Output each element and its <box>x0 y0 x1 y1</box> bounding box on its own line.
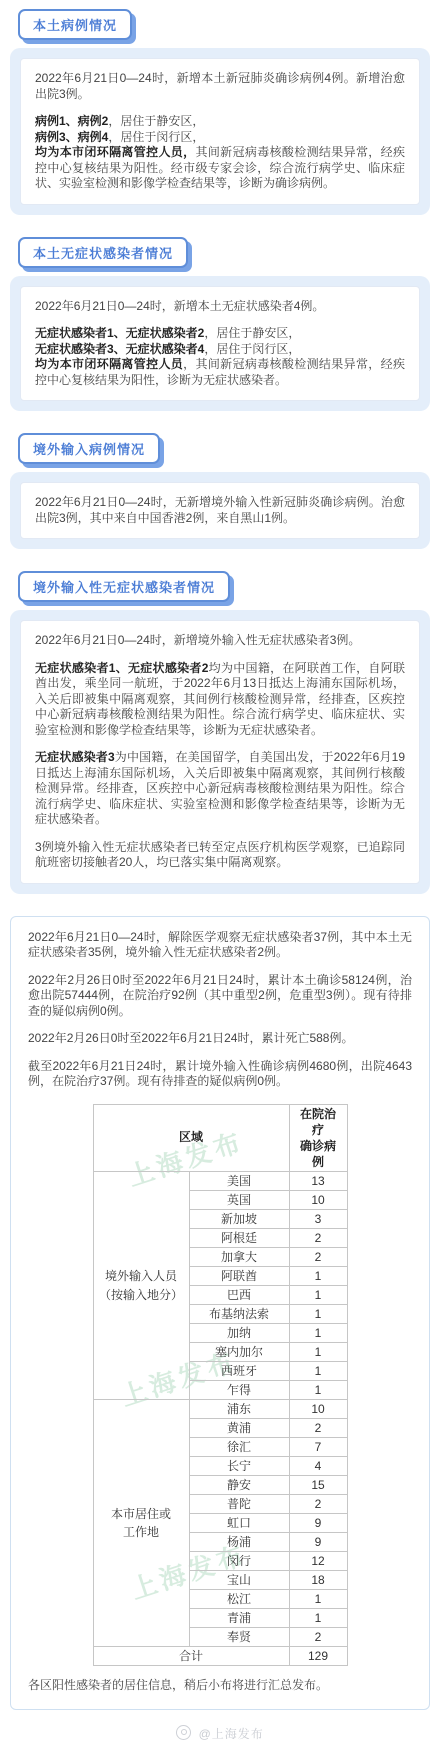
table-header-row: 区域 在院治疗 确诊病例 <box>93 1104 347 1172</box>
total-label: 合计 <box>93 1647 289 1666</box>
section-header-1: 本土病例情况 <box>18 9 132 40</box>
body-text: 2022年6月21日0—24时，无新增境外输入性新冠肺炎确诊病例。治愈出院3例，… <box>35 495 405 525</box>
count-cell: 2 <box>289 1628 347 1647</box>
paragraph: 无症状感染者1、无症状感染者2均为中国籍，在阿联酋工作，自阿联酋出发，乘坐同一航… <box>35 661 405 739</box>
total-count: 129 <box>289 1647 347 1666</box>
location-cell: 巴西 <box>189 1286 289 1305</box>
count-cell: 10 <box>289 1400 347 1419</box>
table-row: 本市居住或 工作地浦东10 <box>93 1400 347 1419</box>
region-table-head: 区域 在院治疗 确诊病例 <box>93 1104 347 1172</box>
location-cell: 英国 <box>189 1191 289 1210</box>
location-cell: 阿联酋 <box>189 1267 289 1286</box>
location-cell: 黄浦 <box>189 1419 289 1438</box>
body-text: 2022年6月21日0—24时，新增本土无症状感染者4例。 <box>35 299 324 313</box>
count-cell: 1 <box>289 1343 347 1362</box>
summary-card: 上海发布 上海发布 上海发布 2022年6月21日0—24时，解除医学观察无症状… <box>10 916 430 1710</box>
paragraph: 病例1、病例2，居住于静安区， <box>35 114 405 130</box>
paragraph: 2022年6月21日0—24时，解除医学观察无症状感染者37例，其中本土无症状感… <box>28 930 412 961</box>
paragraph: 均为本市闭环隔离管控人员，其间新冠病毒核酸检测结果异常，经疾控中心复核结果为阳性… <box>35 357 405 388</box>
location-cell: 布基纳法索 <box>189 1305 289 1324</box>
section-header-4: 境外输入性无症状感染者情况 <box>18 571 230 602</box>
bold-text: 无症状感染者1、无症状感染者2 <box>35 326 204 340</box>
region-table: 区域 在院治疗 确诊病例 境外输入人员 （按输入地分）美国13英国10新加坡3阿… <box>93 1104 348 1667</box>
count-cell: 12 <box>289 1552 347 1571</box>
count-cell: 10 <box>289 1191 347 1210</box>
count-cell: 1 <box>289 1267 347 1286</box>
count-cell: 2 <box>289 1495 347 1514</box>
count-cell: 1 <box>289 1324 347 1343</box>
section-header-3: 境外输入病例情况 <box>18 433 160 464</box>
count-cell: 2 <box>289 1229 347 1248</box>
body-text: 2022年2月26日0时至2022年6月21日24时，累计本土确诊58124例，… <box>28 973 412 1018</box>
table-header-count: 在院治疗 确诊病例 <box>289 1104 347 1172</box>
location-cell: 宝山 <box>189 1571 289 1590</box>
body-text: ，居住于闵行区， <box>204 342 300 356</box>
note-text: 各区阳性感染者的居住信息，稍后小布将进行汇总发布。 <box>28 1678 412 1694</box>
footer-account: @上海发布 <box>199 1727 264 1741</box>
count-cell: 1 <box>289 1286 347 1305</box>
count-cell: 1 <box>289 1362 347 1381</box>
body-text: 2022年6月21日0—24时，新增境外输入性无症状感染者3例。 <box>35 633 360 647</box>
section-title: 境外输入病例情况 <box>33 442 145 457</box>
section-card: 2022年6月21日0—24时，新增境外输入性无症状感染者3例。无症状感染者1、… <box>20 620 420 884</box>
count-cell: 9 <box>289 1533 347 1552</box>
weibo-camera-icon <box>176 1725 191 1740</box>
body-text: 3例境外输入性无症状感染者已转至定点医疗机构医学观察，已追踪同航班密切接触者20… <box>35 840 405 870</box>
location-cell: 杨浦 <box>189 1533 289 1552</box>
paragraph: 病例3、病例4，居住于闵行区， <box>35 130 405 146</box>
body-text: 2022年6月21日0—24时，新增本土新冠肺炎确诊病例4例。新增治愈出院3例。 <box>35 71 405 101</box>
paragraph: 2022年6月21日0—24时，新增本土新冠肺炎确诊病例4例。新增治愈出院3例。 <box>35 71 405 102</box>
location-cell: 美国 <box>189 1172 289 1191</box>
count-cell: 1 <box>289 1305 347 1324</box>
location-cell: 静安 <box>189 1476 289 1495</box>
location-cell: 加纳 <box>189 1324 289 1343</box>
section-card: 2022年6月21日0—24时，新增本土无症状感染者4例。无症状感染者1、无症状… <box>20 286 420 402</box>
body-text: 截至2022年6月21日24时，累计境外输入性确诊病例4680例，出院4643例… <box>28 1059 412 1089</box>
section-title: 本土无症状感染者情况 <box>33 246 173 261</box>
location-cell: 奉贤 <box>189 1628 289 1647</box>
location-cell: 阿根廷 <box>189 1229 289 1248</box>
location-cell: 塞内加尔 <box>189 1343 289 1362</box>
summary-paragraphs: 2022年6月21日0—24时，解除医学观察无症状感染者37例，其中本土无症状感… <box>28 930 412 1090</box>
paragraph: 2022年6月21日0—24时，无新增境外输入性新冠肺炎确诊病例。治愈出院3例，… <box>35 495 405 526</box>
paragraph: 2022年2月26日0时至2022年6月21日24时，累计本土确诊58124例，… <box>28 973 412 1020</box>
section-body-box: 2022年6月21日0—24时，新增本土新冠肺炎确诊病例4例。新增治愈出院3例。… <box>10 48 430 215</box>
section-body-box: 2022年6月21日0—24时，新增本土无症状感染者4例。无症状感染者1、无症状… <box>10 276 430 412</box>
location-cell: 青浦 <box>189 1609 289 1628</box>
section-card: 2022年6月21日0—24时，新增本土新冠肺炎确诊病例4例。新增治愈出院3例。… <box>20 58 420 205</box>
bold-text: 病例3、病例4 <box>35 130 108 144</box>
paragraph: 截至2022年6月21日24时，累计境外输入性确诊病例4680例，出院4643例… <box>28 1059 412 1090</box>
body-text: ，居住于闵行区， <box>108 130 204 144</box>
footer-watermark: @上海发布 <box>0 1718 440 1751</box>
count-cell: 13 <box>289 1172 347 1191</box>
body-text: 2022年6月21日0—24时，解除医学观察无症状感染者37例，其中本土无症状感… <box>28 930 412 960</box>
location-cell: 西班牙 <box>189 1362 289 1381</box>
bold-text: 无症状感染者3 <box>35 750 115 764</box>
count-cell: 1 <box>289 1590 347 1609</box>
location-cell: 松江 <box>189 1590 289 1609</box>
paragraph: 2022年6月21日0—24时，新增境外输入性无症状感染者3例。 <box>35 633 405 649</box>
section-card: 2022年6月21日0—24时，无新增境外输入性新冠肺炎确诊病例。治愈出院3例，… <box>20 482 420 539</box>
sections-container: 本土病例情况2022年6月21日0—24时，新增本土新冠肺炎确诊病例4例。新增治… <box>0 9 440 894</box>
report-page: 本土病例情况2022年6月21日0—24时，新增本土新冠肺炎确诊病例4例。新增治… <box>0 0 440 1751</box>
section-title: 境外输入性无症状感染者情况 <box>33 580 215 595</box>
total-row: 合计129 <box>93 1647 347 1666</box>
body-text: ，居住于静安区， <box>108 114 204 128</box>
location-cell: 闵行 <box>189 1552 289 1571</box>
bold-text: 均为本市闭环隔离管控人员， <box>35 145 195 159</box>
location-cell: 徐汇 <box>189 1438 289 1457</box>
section-title: 本土病例情况 <box>33 18 117 33</box>
group-cell-overseas: 境外输入人员 （按输入地分） <box>93 1172 189 1400</box>
paragraph: 无症状感染者3为中国籍，在美国留学，自美国出发，于2022年6月19日抵达上海浦… <box>35 750 405 828</box>
count-cell: 18 <box>289 1571 347 1590</box>
bold-text: 病例1、病例2 <box>35 114 108 128</box>
location-cell: 加拿大 <box>189 1248 289 1267</box>
paragraph: 无症状感染者3、无症状感染者4，居住于闵行区， <box>35 342 405 358</box>
paragraph: 均为本市闭环隔离管控人员，其间新冠病毒核酸检测结果异常，经疾控中心复核结果为阳性… <box>35 145 405 192</box>
paragraph: 2022年6月21日0—24时，新增本土无症状感染者4例。 <box>35 299 405 315</box>
count-cell: 7 <box>289 1438 347 1457</box>
location-cell: 乍得 <box>189 1381 289 1400</box>
body-text: ，居住于静安区， <box>204 326 300 340</box>
bold-text: 无症状感染者3、无症状感染者4 <box>35 342 204 356</box>
bold-text: 均为本市闭环隔离管控人员 <box>35 357 183 371</box>
location-cell: 虹口 <box>189 1514 289 1533</box>
count-cell: 15 <box>289 1476 347 1495</box>
group-cell-local: 本市居住或 工作地 <box>93 1400 189 1647</box>
count-cell: 1 <box>289 1609 347 1628</box>
count-cell: 9 <box>289 1514 347 1533</box>
location-cell: 长宁 <box>189 1457 289 1476</box>
bold-text: 无症状感染者1、无症状感染者2 <box>35 661 208 675</box>
location-cell: 新加坡 <box>189 1210 289 1229</box>
paragraph: 3例境外输入性无症状感染者已转至定点医疗机构医学观察，已追踪同航班密切接触者20… <box>35 840 405 871</box>
section-header-2: 本土无症状感染者情况 <box>18 237 188 268</box>
count-cell: 2 <box>289 1419 347 1438</box>
section-body-box: 2022年6月21日0—24时，新增境外输入性无症状感染者3例。无症状感染者1、… <box>10 610 430 894</box>
body-text: 2022年2月26日0时至2022年6月21日24时，累计死亡588例。 <box>28 1031 353 1045</box>
count-cell: 3 <box>289 1210 347 1229</box>
region-table-body: 境外输入人员 （按输入地分）美国13英国10新加坡3阿根廷2加拿大2阿联酋1巴西… <box>93 1172 347 1666</box>
count-cell: 1 <box>289 1381 347 1400</box>
table-header-region: 区域 <box>93 1104 289 1172</box>
table-row: 境外输入人员 （按输入地分）美国13 <box>93 1172 347 1191</box>
section-body-box: 2022年6月21日0—24时，无新增境外输入性新冠肺炎确诊病例。治愈出院3例，… <box>10 472 430 549</box>
location-cell: 浦东 <box>189 1400 289 1419</box>
count-cell: 2 <box>289 1248 347 1267</box>
paragraph: 无症状感染者1、无症状感染者2，居住于静安区， <box>35 326 405 342</box>
location-cell: 普陀 <box>189 1495 289 1514</box>
paragraph: 2022年2月26日0时至2022年6月21日24时，累计死亡588例。 <box>28 1031 412 1047</box>
count-cell: 4 <box>289 1457 347 1476</box>
